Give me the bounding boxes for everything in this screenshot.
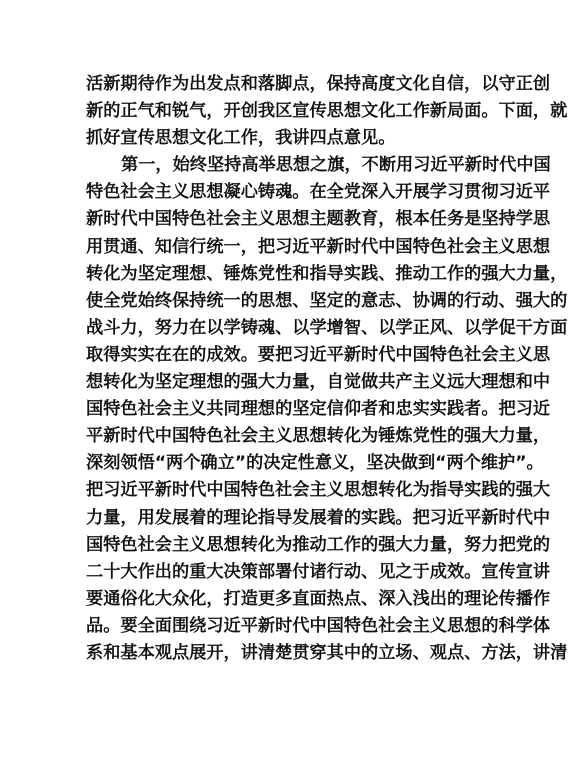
text-line: 用贯通、知信行统一，把习近平新时代中国特色社会主义思想 — [86, 234, 492, 261]
text-line: 战斗力，努力在以学铸魂、以学增智、以学正风、以学促干方面 — [86, 315, 492, 342]
text-line: 二十大作出的重大决策部署付诸行动、见之于成效。宣传宣讲 — [86, 559, 492, 586]
text-line: 转化为坚定理想、锤炼党性和指导实践、推动工作的强大力量， — [86, 261, 492, 288]
text-line: 取得实实在在的成效。要把习近平新时代中国特色社会主义思 — [86, 342, 492, 369]
document-page: 活新期待作为出发点和落脚点，保持高度文化自信，以守正创 新的正气和锐气，开创我区… — [0, 0, 586, 759]
text-line: 想转化为坚定理想的强大力量，自觉做共产主义远大理想和中 — [86, 369, 492, 396]
text-line: 新时代中国特色社会主义思想主题教育，根本任务是坚持学思 — [86, 206, 492, 233]
text-line: 平新时代中国特色社会主义思想转化为锤炼党性的强大力量， — [86, 423, 492, 450]
text-line: 系和基本观点展开，讲清楚贯穿其中的立场、观点、方法，讲清 — [86, 640, 492, 667]
text-line: 要通俗化大众化，打造更多直面热点、深入浅出的理论传播作 — [86, 586, 492, 613]
text-line: 新的正气和锐气，开创我区宣传思想文化工作新局面。下面，就 — [86, 98, 492, 125]
text-line: 第一，始终坚持高举思想之旗，不断用习近平新时代中国 — [86, 152, 492, 179]
text-line: 力量，用发展着的理论指导发展着的实践。把习近平新时代中 — [86, 505, 492, 532]
text-line: 特色社会主义思想凝心铸魂。在全党深入开展学习贯彻习近平 — [86, 179, 492, 206]
text-line: 使全党始终保持统一的思想、坚定的意志、协调的行动、强大的 — [86, 288, 492, 315]
text-line: 品。要全面围绕习近平新时代中国特色社会主义思想的科学体 — [86, 613, 492, 640]
text-line: 抓好宣传思想文化工作，我讲四点意见。 — [86, 125, 492, 152]
text-line: 活新期待作为出发点和落脚点，保持高度文化自信，以守正创 — [86, 71, 492, 98]
text-line: 深刻领悟“两个确立”的决定性意义，坚决做到“两个维护”。 — [86, 450, 492, 477]
text-line: 把习近平新时代中国特色社会主义思想转化为指导实践的强大 — [86, 477, 492, 504]
text-line: 国特色社会主义共同理想的坚定信仰者和忠实实践者。把习近 — [86, 396, 492, 423]
text-line: 国特色社会主义思想转化为推动工作的强大力量，努力把党的 — [86, 532, 492, 559]
paragraph-first-point: 第一，始终坚持高举思想之旗，不断用习近平新时代中国 特色社会主义思想凝心铸魂。在… — [86, 152, 492, 667]
document-body: 活新期待作为出发点和落脚点，保持高度文化自信，以守正创 新的正气和锐气，开创我区… — [86, 71, 492, 667]
paragraph-intro: 活新期待作为出发点和落脚点，保持高度文化自信，以守正创 新的正气和锐气，开创我区… — [86, 71, 492, 152]
